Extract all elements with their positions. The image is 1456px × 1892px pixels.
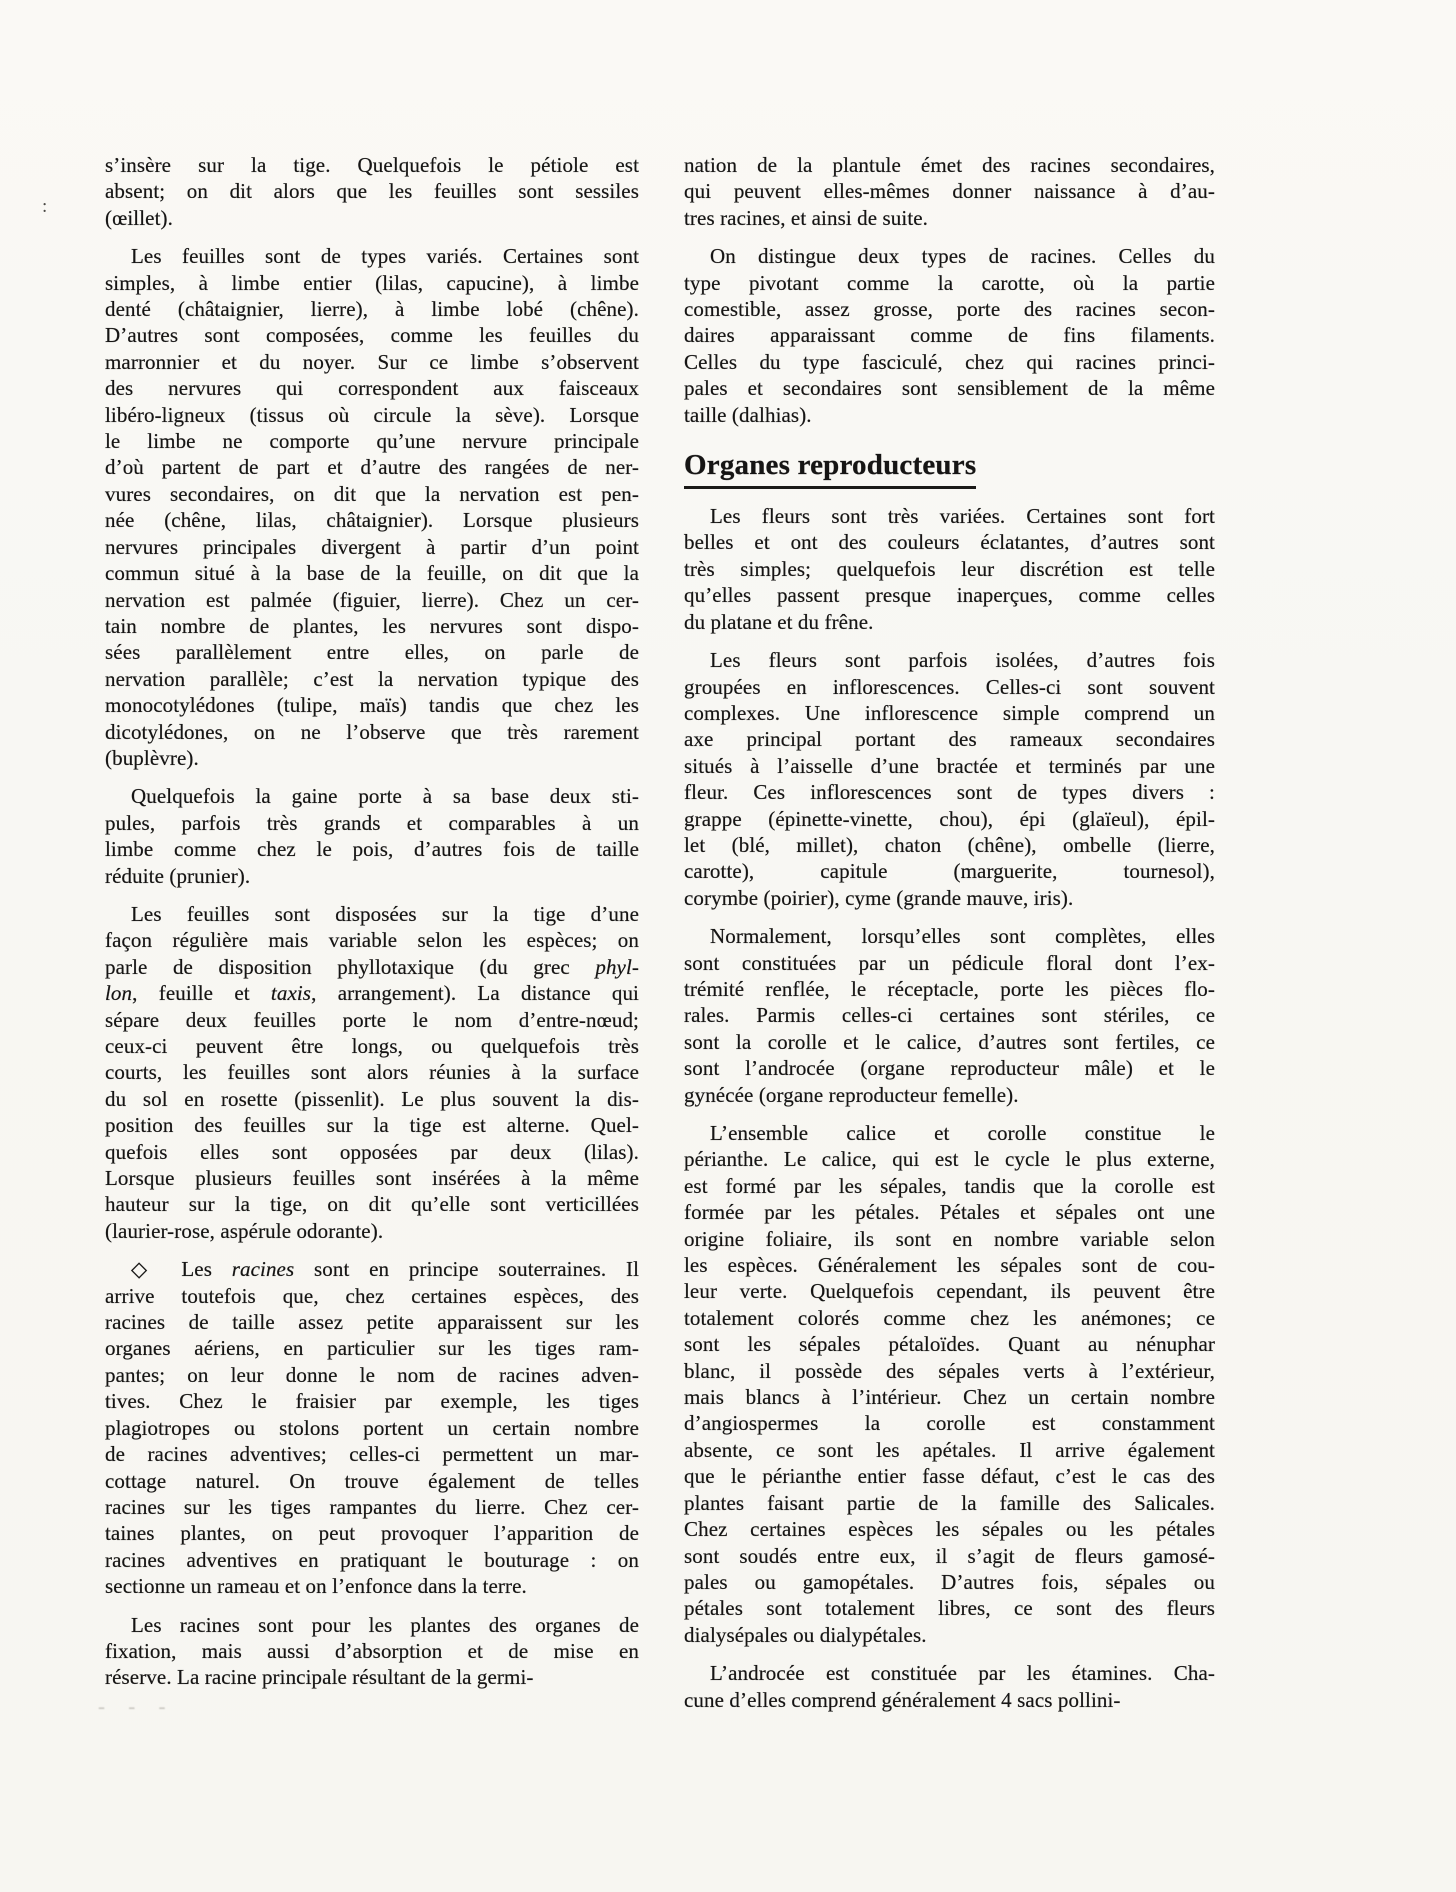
text-line: nervation parallèle; c’est la nervation … <box>105 666 639 692</box>
text-line: position des feuilles sur la tige est al… <box>105 1112 639 1138</box>
text-line: groupées en inflorescences. Celles-ci so… <box>684 674 1215 700</box>
text-line: cottage naturel. On trouve également de … <box>105 1468 639 1494</box>
text-line: périanthe. Le calice, qui est le cycle l… <box>684 1146 1215 1172</box>
text-line: sont soudés entre eux, il s’agit de fleu… <box>684 1543 1215 1569</box>
left-column: s’insère sur la tige. Quelquefois le pét… <box>105 152 639 1725</box>
text-line: tres racines, et ainsi de suite. <box>684 205 1215 231</box>
italic-term: phyl- <box>595 955 639 979</box>
text-line: daires apparaissant comme de fins filame… <box>684 322 1215 348</box>
text-line: quefois elles sont opposées par deux (li… <box>105 1139 639 1165</box>
text-line: d’angiospermes la corolle est constammen… <box>684 1410 1215 1436</box>
text-line: lon, feuille et taxis, arrangement). La … <box>105 980 639 1006</box>
text-line: que le périanthe entier fasse défaut, c’… <box>684 1463 1215 1489</box>
text-line: plantes faisant partie de la famille des… <box>684 1490 1215 1516</box>
text-line: courts, les feuilles sont alors réunies … <box>105 1059 639 1085</box>
text-line: façon régulière mais variable selon les … <box>105 927 639 953</box>
text-line: nation de la plantule émet des racines s… <box>684 152 1215 178</box>
text-line: les espèces. Généralement les sépales so… <box>684 1252 1215 1278</box>
text-line: corymbe (poirier), cyme (grande mauve, i… <box>684 885 1215 911</box>
text-line: carotte), capitule (marguerite, tourneso… <box>684 858 1215 884</box>
text-line: absente, ce sont les apétales. Il arrive… <box>684 1437 1215 1463</box>
text-line: Les fleurs sont parfois isolées, d’autre… <box>684 647 1215 673</box>
text-line: nervures principales divergent à partir … <box>105 534 639 560</box>
text-line: hauteur sur la tige, on dit qu’elle sont… <box>105 1191 639 1217</box>
italic-term: lon <box>105 981 132 1005</box>
text-line: racines de taille assez petite apparaiss… <box>105 1309 639 1335</box>
text-line: Celles du type fasciculé, chez qui racin… <box>684 349 1215 375</box>
text-line: origine foliaire, ils sont en nombre var… <box>684 1226 1215 1252</box>
text-line: du sol en rosette (pissenlit). Le plus s… <box>105 1086 639 1112</box>
text-line: gynécée (organe reproducteur femelle). <box>684 1082 1215 1108</box>
text-line: (buplèvre). <box>105 745 639 771</box>
text-line: pales et secondaires sont sensiblement d… <box>684 375 1215 401</box>
text-line: sont la corolle et le calice, d’autres s… <box>684 1029 1215 1055</box>
text-line: sont constituées par un pédicule floral … <box>684 950 1215 976</box>
text-line: Normalement, lorsqu’elles sont complètes… <box>684 923 1215 949</box>
paragraph: Les fleurs sont très variées. Certaines … <box>684 503 1215 635</box>
text-line: taille (dalhias). <box>684 402 1215 428</box>
text-line: tives. Chez le fraisier par exemple, les… <box>105 1388 639 1414</box>
text-line: blanc, il possède des sépales verts à l’… <box>684 1358 1215 1384</box>
paragraph: Les feuilles sont disposées sur la tige … <box>105 901 639 1244</box>
text-line: commun situé à la base de la feuille, on… <box>105 560 639 586</box>
text-line: Les racines sont pour les plantes des or… <box>105 1612 639 1638</box>
text-line: libéro-ligneux (tissus où circule la sèv… <box>105 402 639 428</box>
text-line: limbe comme chez le pois, d’autres fois … <box>105 836 639 862</box>
text-line: plagiotropes ou stolons portent un certa… <box>105 1415 639 1441</box>
text-line: sont les sépales pétaloïdes. Quant au né… <box>684 1331 1215 1357</box>
text-line: pales ou gamopétales. D’autres fois, sép… <box>684 1569 1215 1595</box>
text-columns: s’insère sur la tige. Quelquefois le pét… <box>105 152 1215 1725</box>
text-line: réserve. La racine principale résultant … <box>105 1664 639 1690</box>
text-line: pantes; on leur donne le nom de racines … <box>105 1362 639 1388</box>
text-line: monocotylédones (tulipe, maïs) tandis qu… <box>105 692 639 718</box>
paragraph: L’androcée est constituée par les étamin… <box>684 1660 1215 1713</box>
text-line: arrive toutefois que, chez certaines esp… <box>105 1283 639 1309</box>
paragraph: Les racines sont pour les plantes des or… <box>105 1612 639 1691</box>
text-line: est formé par les sépales, tandis que la… <box>684 1173 1215 1199</box>
text-line: situés à l’aisselle d’une bractée et ter… <box>684 753 1215 779</box>
text-line: organes aériens, en particulier sur les … <box>105 1335 639 1361</box>
text-line: D’autres sont composées, comme les feuil… <box>105 322 639 348</box>
text-line: (laurier-rose, aspérule odorante). <box>105 1218 639 1244</box>
right-column: nation de la plantule émet des racines s… <box>684 152 1215 1725</box>
text-line: très simples; quelquefois leur discrétio… <box>684 556 1215 582</box>
text-line: sectionne un rameau et on l’enfonce dans… <box>105 1573 639 1599</box>
text-line: racines sur les tiges rampantes du lierr… <box>105 1494 639 1520</box>
text-line: fixation, mais aussi d’absorption et de … <box>105 1638 639 1664</box>
text-line: parle de disposition phyllotaxique (du g… <box>105 954 639 980</box>
paragraph: ◇ Les racines sont en principe souterrai… <box>105 1256 639 1599</box>
text-line: du platane et du frêne. <box>684 609 1215 635</box>
paragraph: nation de la plantule émet des racines s… <box>684 152 1215 231</box>
text-line: type pivotant comme la carotte, où la pa… <box>684 270 1215 296</box>
scan-artifact-pencil-marks: - - - <box>98 1694 174 1719</box>
text-line: des nervures qui correspondent aux faisc… <box>105 375 639 401</box>
section-heading-text: Organes reproducteurs <box>684 448 976 489</box>
text-line: formée par les pétales. Pétales et sépal… <box>684 1199 1215 1225</box>
text-line: L’androcée est constituée par les étamin… <box>684 1660 1215 1686</box>
text-line: totalement colorés comme chez les anémon… <box>684 1305 1215 1331</box>
text-line: leur verte. Quelquefois cependant, ils p… <box>684 1278 1215 1304</box>
text-line: s’insère sur la tige. Quelquefois le pét… <box>105 152 639 178</box>
text-line: nervation est palmée (figuier, lierre). … <box>105 587 639 613</box>
text-line: Chez certaines espèces les sépales ou le… <box>684 1516 1215 1542</box>
text-line: Quelquefois la gaine porte à sa base deu… <box>105 783 639 809</box>
text-line: Les feuilles sont disposées sur la tige … <box>105 901 639 927</box>
text-line: tain nombre de plantes, les nervures son… <box>105 613 639 639</box>
text-line: dicotylédones, on ne l’observe que très … <box>105 719 639 745</box>
text-line: On distingue deux types de racines. Cell… <box>684 243 1215 269</box>
text-line: réduite (prunier). <box>105 863 639 889</box>
text-line: grappe (épinette-vinette, chou), épi (gl… <box>684 806 1215 832</box>
section-heading: Organes reproducteurs <box>684 448 1215 489</box>
text-line: Les fleurs sont très variées. Certaines … <box>684 503 1215 529</box>
text-line: fleur. Ces inflorescences sont de types … <box>684 779 1215 805</box>
paragraph: Les feuilles sont de types variés. Certa… <box>105 243 639 771</box>
text-line: qui peuvent elles-mêmes donner naissance… <box>684 178 1215 204</box>
paragraph: L’ensemble calice et corolle constitue l… <box>684 1120 1215 1648</box>
paragraph: Normalement, lorsqu’elles sont complètes… <box>684 923 1215 1108</box>
text-line: pules, parfois très grands et comparable… <box>105 810 639 836</box>
text-line: Lorsque plusieurs feuilles sont insérées… <box>105 1165 639 1191</box>
text-line: qu’elles passent presque inaperçues, com… <box>684 582 1215 608</box>
text-line: belles et ont des couleurs éclatantes, d… <box>684 529 1215 555</box>
text-line: complexes. Une inflorescence simple comp… <box>684 700 1215 726</box>
text-line: axe principal portant des rameaux second… <box>684 726 1215 752</box>
text-line: ceux-ci peuvent être longs, ou quelquefo… <box>105 1033 639 1059</box>
text-line: le limbe ne comporte qu’une nervure prin… <box>105 428 639 454</box>
text-line: (œillet). <box>105 205 639 231</box>
text-line: cune d’elles comprend généralement 4 sac… <box>684 1687 1215 1713</box>
text-line: sont l’androcée (organe reproducteur mâl… <box>684 1055 1215 1081</box>
text-line: denté (châtaignier, lierre), à limbe lob… <box>105 296 639 322</box>
text-line: taines plantes, on peut provoquer l’appa… <box>105 1520 639 1546</box>
paragraph: Quelquefois la gaine porte à sa base deu… <box>105 783 639 889</box>
text-line: simples, à limbe entier (lilas, capucine… <box>105 270 639 296</box>
scanned-page: : s’insère sur la tige. Quelquefois le p… <box>0 0 1456 1892</box>
text-line: de racines adventives; celles-ci permett… <box>105 1441 639 1467</box>
italic-term: racines <box>232 1257 295 1281</box>
italic-term: taxis <box>271 981 311 1005</box>
text-line: comestible, assez grosse, porte des raci… <box>684 296 1215 322</box>
text-line: vures secondaires, on dit que la nervati… <box>105 481 639 507</box>
text-line: Les feuilles sont de types variés. Certa… <box>105 243 639 269</box>
paragraph: s’insère sur la tige. Quelquefois le pét… <box>105 152 639 231</box>
paragraph: Les fleurs sont parfois isolées, d’autre… <box>684 647 1215 911</box>
text-line: L’ensemble calice et corolle constitue l… <box>684 1120 1215 1146</box>
text-line: ◇ Les racines sont en principe souterrai… <box>105 1256 639 1282</box>
text-line: sées parallèlement entre elles, on parle… <box>105 639 639 665</box>
text-line: racines adventives en pratiquant le bout… <box>105 1547 639 1573</box>
text-line: trémité renflée, le réceptacle, porte le… <box>684 976 1215 1002</box>
text-line: marronnier et du noyer. Sur ce limbe s’o… <box>105 349 639 375</box>
text-line: let (blé, millet), chaton (chêne), ombel… <box>684 832 1215 858</box>
scan-artifact-margin-colon: : <box>42 196 47 218</box>
text-line: d’où partent de part et d’autre des rang… <box>105 454 639 480</box>
text-line: absent; on dit alors que les feuilles so… <box>105 178 639 204</box>
paragraph: On distingue deux types de racines. Cell… <box>684 243 1215 428</box>
text-line: mais blancs à l’intérieur. Chez un certa… <box>684 1384 1215 1410</box>
text-line: sépare deux feuilles porte le nom d’entr… <box>105 1007 639 1033</box>
text-line: pétales sont totalement libres, ce sont … <box>684 1595 1215 1621</box>
text-line: née (chêne, lilas, châtaignier). Lorsque… <box>105 507 639 533</box>
text-line: dialysépales ou dialypétales. <box>684 1622 1215 1648</box>
text-line: rales. Parmis celles-ci certaines sont s… <box>684 1002 1215 1028</box>
